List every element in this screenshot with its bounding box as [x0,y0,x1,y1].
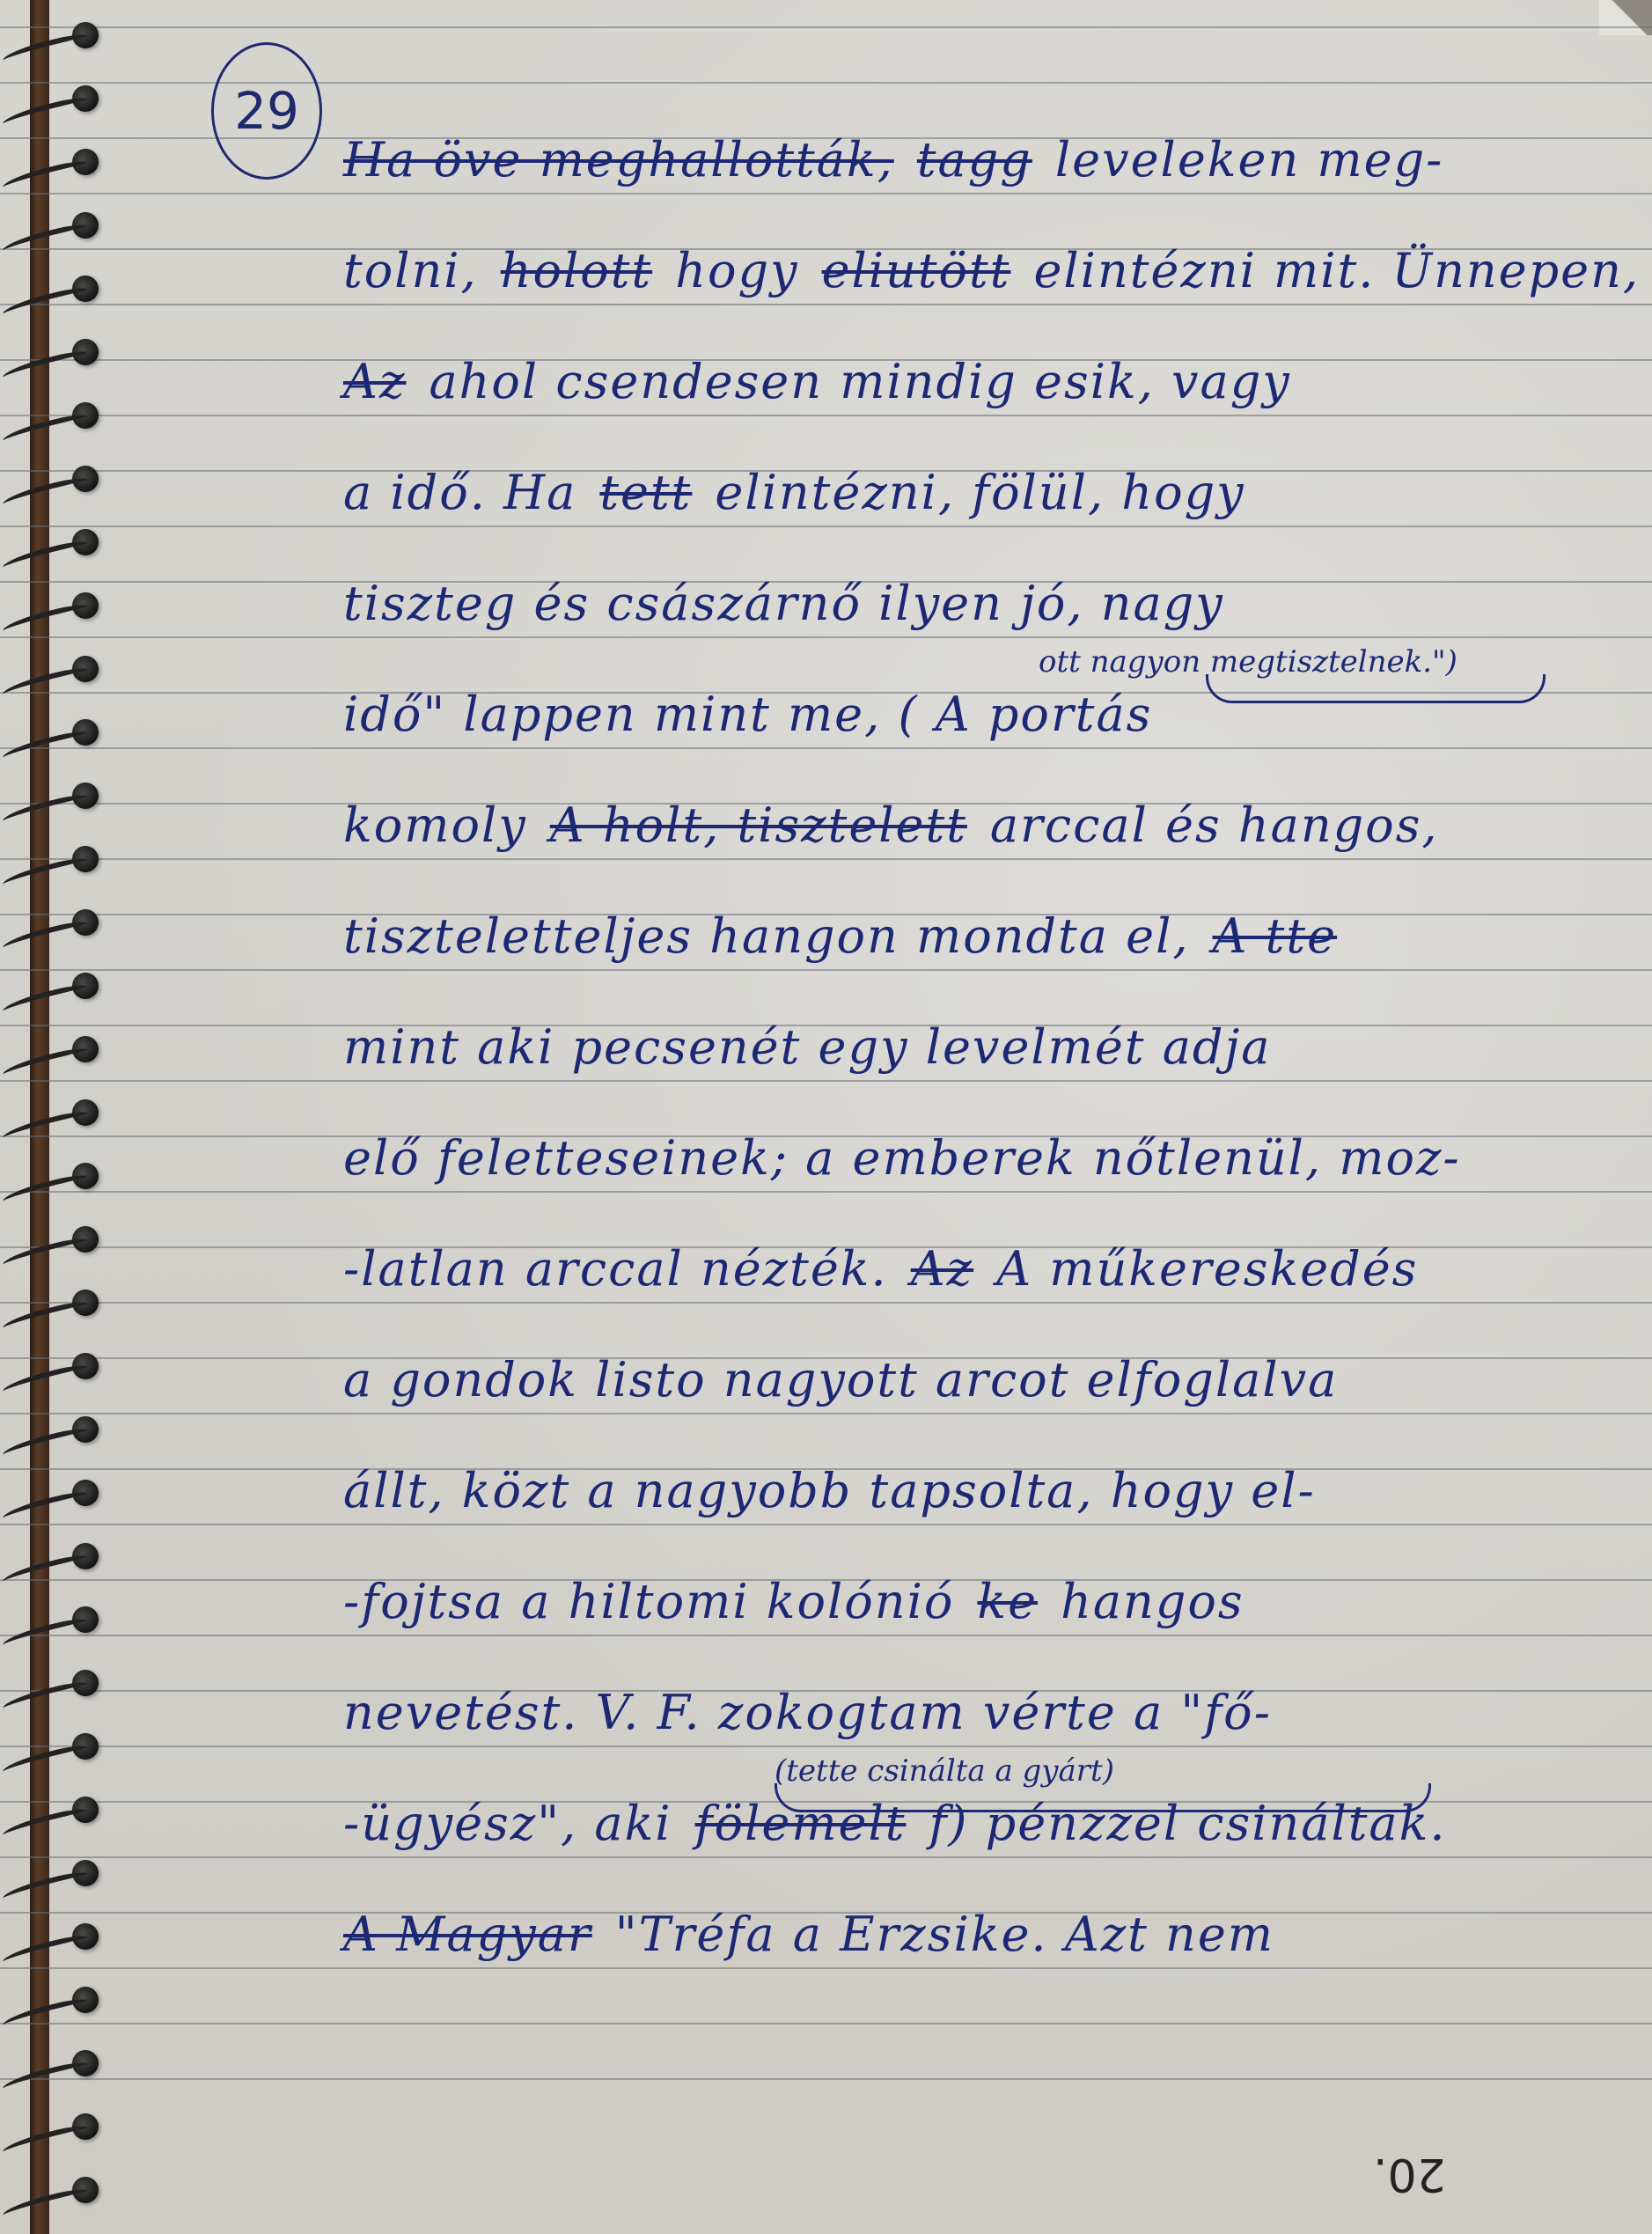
ruled-line [0,1524,1652,1525]
text-line: -latlan arccal nézték.AzA műkereskedés [343,1241,1611,1297]
text-line: tolni,holotthogyeliutöttelintézni mit. Ü… [343,243,1611,298]
ruled-line [0,969,1652,971]
text-segment: -latlan arccal nézték. [343,1241,888,1297]
struck-text: eliutött [822,243,1011,298]
text-segment: hangos [1061,1574,1245,1629]
ruled-line [0,858,1652,860]
text-segment: elő feletteseinek; a emberek nőtlenül, m… [343,1130,1461,1186]
text-line: Ha öve meghallották,taggleveleken meg- [343,132,1611,187]
struck-text: holott [501,243,652,298]
ruled-line [0,1635,1652,1636]
footer-page-number: 20. [1373,2148,1446,2201]
text-segment: idő" lappen mint me, ( A portás [343,687,1152,742]
text-line: komolyA holt, tisztelettarccal és hangos… [343,797,1611,853]
text-segment: komoly [343,797,527,853]
text-line: tiszteletteljes hangon mondta el,A tte [343,908,1611,964]
text-line: A Magyar"Tréfa a Erzsike. Azt nem [343,1907,1611,1962]
text-segment: elintézni, fölül, hogy [715,465,1245,520]
page-number-text: 29 [234,81,299,141]
insertion-bracket [775,1783,1431,1812]
text-line: mint aki pecsenét egy levelmét adja [343,1019,1611,1075]
text-segment: leveleken meg- [1055,132,1444,187]
ruled-line [0,415,1652,416]
struck-text: Ha öve meghallották, [343,132,894,187]
ruled-line [0,525,1652,527]
text-segment: hogy [675,243,798,298]
ruled-line [0,747,1652,749]
text-segment: tolni, [343,243,478,298]
ruled-line [0,1302,1652,1304]
struck-text: A tte [1213,908,1338,964]
text-line: -fojtsa a hiltomi kolóniókehangos [343,1574,1611,1629]
text-line: állt, közt a nagyobb tapsolta, hogy el- [343,1463,1611,1518]
text-line: tiszteg és császárnő ilyen jó, nagy [343,576,1611,631]
text-segment: nevetést. V. F. zokogtam vérte a "fő- [343,1685,1272,1740]
text-segment: "Tréfa a Erzsike. Azt nem [615,1907,1274,1962]
ruled-line [0,1856,1652,1858]
text-segment: a idő. Ha [343,465,576,520]
text-line: a idő. Hatettelintézni, fölül, hogy [343,465,1611,520]
struck-text: ke [977,1574,1038,1629]
struck-text: tagg [917,132,1032,187]
circled-page-number: 29 [211,42,322,180]
ruled-line [0,1080,1652,1082]
ruled-line [0,2023,1652,2025]
ruled-line [0,304,1652,305]
text-segment: tiszteletteljes hangon mondta el, [343,908,1190,964]
text-segment: -fojtsa a hiltomi kolónió [343,1574,954,1629]
notebook-page [0,0,1652,2234]
ruled-line [0,193,1652,195]
struck-text: Az [911,1241,973,1297]
corner-fold [1599,0,1652,35]
ruled-line [0,636,1652,638]
notebook-cover-edge [30,0,49,2234]
text-line: nevetést. V. F. zokogtam vérte a "fő- [343,1685,1611,1740]
text-segment: ahol csendesen mindig esik, vagy [429,354,1290,409]
ruled-line [0,1745,1652,1747]
text-segment: a gondok listo nagyott arcot elfoglalva [343,1352,1338,1407]
text-segment: -ügyész", aki [343,1796,672,1851]
text-segment: elintézni mit. Ünnepen, [1033,243,1640,298]
text-line: elő feletteseinek; a emberek nőtlenül, m… [343,1130,1611,1186]
text-segment: mint aki pecsenét egy levelmét adja [343,1019,1271,1075]
text-line: Azahol csendesen mindig esik, vagy [343,354,1611,409]
struck-text: A holt, tisztelett [550,797,967,853]
text-segment: állt, közt a nagyobb tapsolta, hogy el- [343,1463,1316,1518]
struck-text: A Magyar [343,1907,592,1962]
ruled-line [0,26,1652,28]
text-segment: A műkereskedés [996,1241,1418,1297]
text-segment: tiszteg és császárnő ilyen jó, nagy [343,576,1224,631]
ruled-line [0,1967,1652,1969]
struck-text: Az [343,354,406,409]
text-segment: arccal és hangos, [990,797,1439,853]
ruled-line [0,2078,1652,2080]
text-line: a gondok listo nagyott arcot elfoglalva [343,1352,1611,1407]
ruled-line [0,1413,1652,1415]
insertion-bracket [1206,674,1546,703]
ruled-line [0,1191,1652,1193]
struck-text: tett [599,465,692,520]
